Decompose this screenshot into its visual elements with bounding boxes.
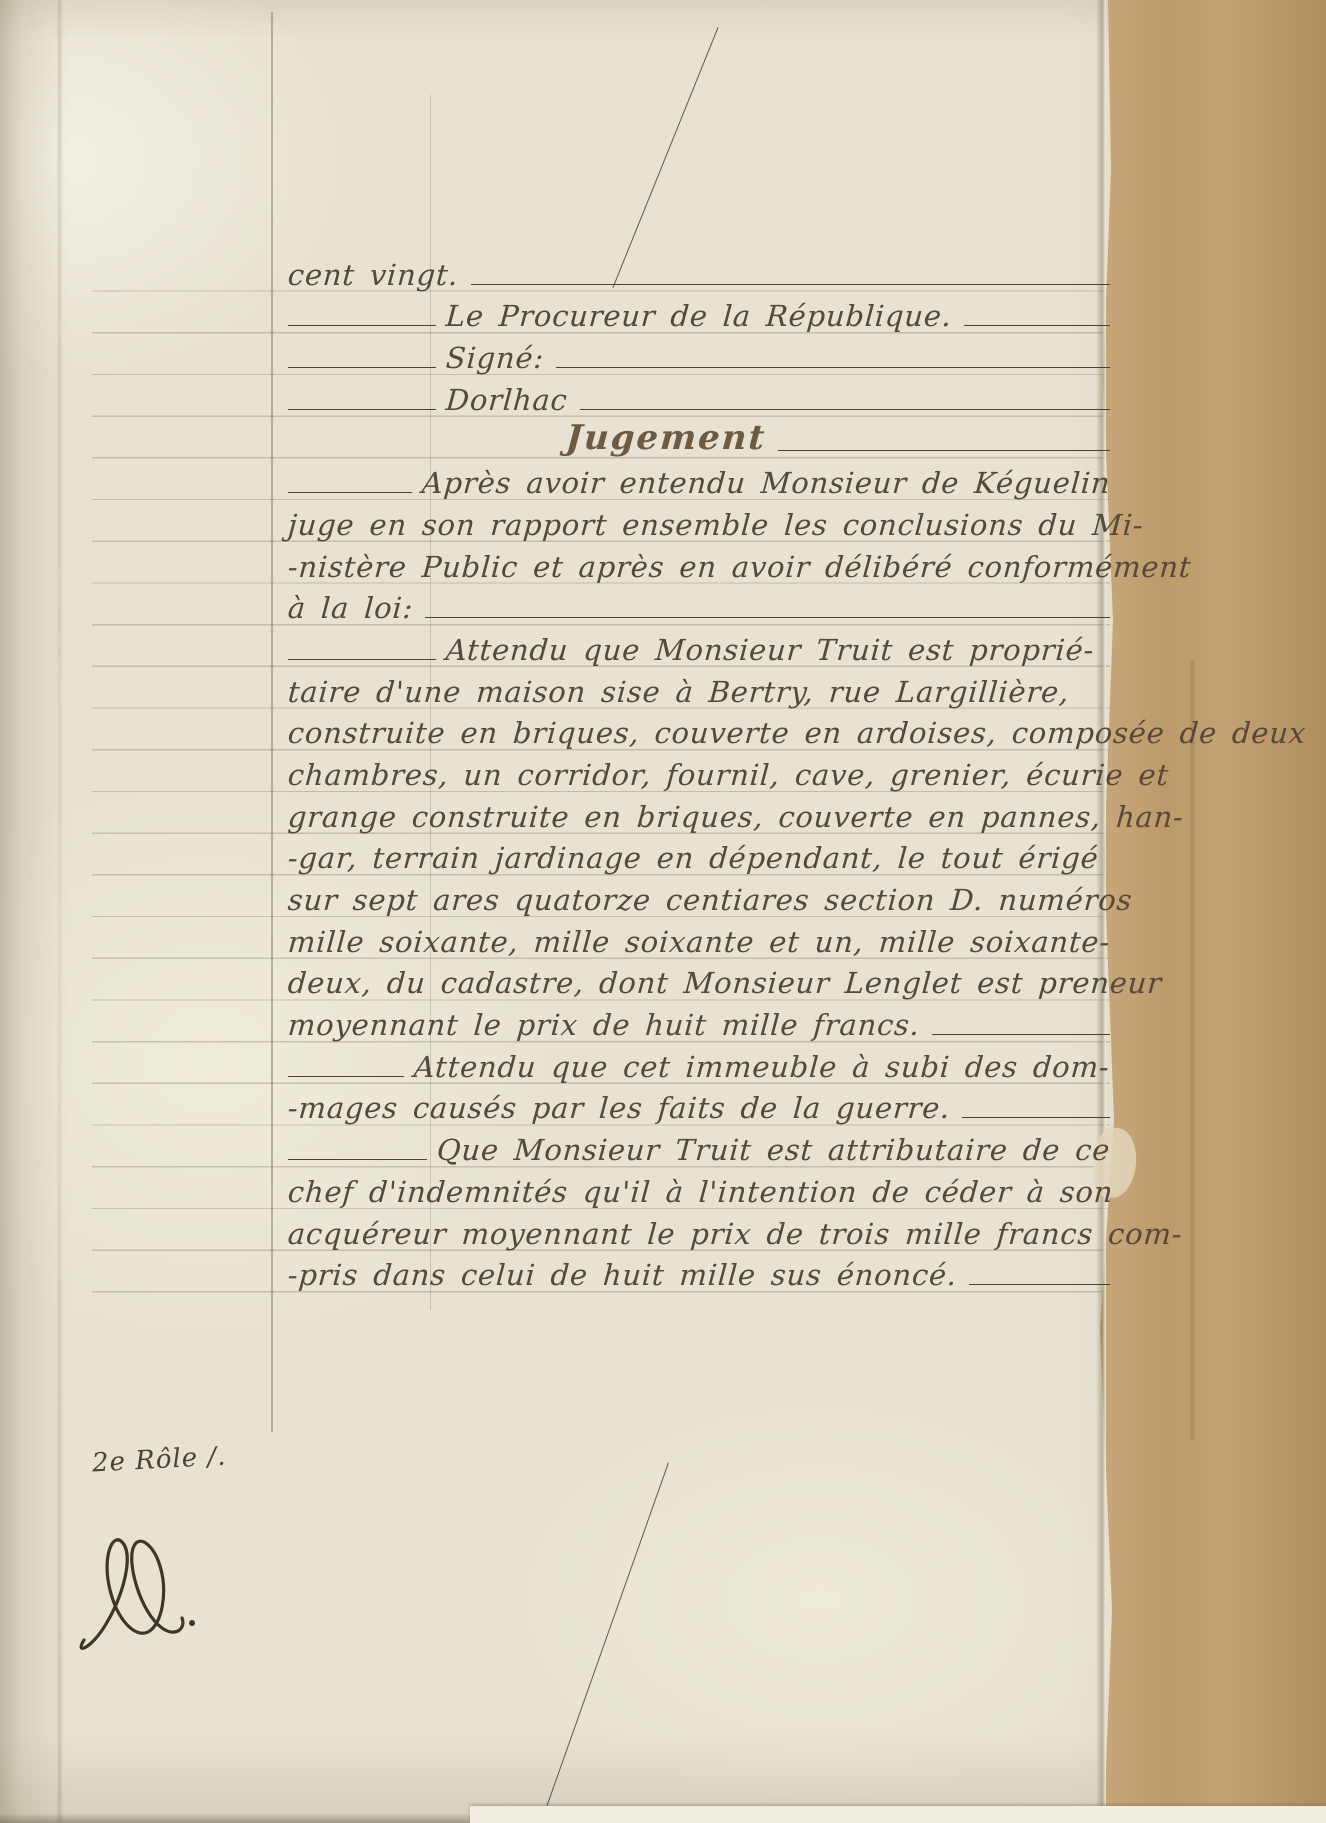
pen-slash-top [612,27,718,288]
handwritten-text: grange construite en briques, couverte e… [287,800,1185,834]
handwritten-text: -mages causés par les faits de la guerre… [287,1091,952,1125]
ink-fill-rule [580,409,1110,410]
handwritten-line: -gar, terrain jardinage en dépendant, le… [288,834,1110,876]
ink-fill-rule [288,659,436,660]
handwritten-line: acquéreur moyennant le prix de trois mil… [288,1209,1110,1251]
handwritten-text: juge en son rapport ensemble les conclus… [287,508,1145,542]
handwritten-text: -gar, terrain jardinage en dépendant, le… [287,841,1100,875]
handwritten-line: -mages causés par les faits de la guerre… [288,1084,1110,1126]
handwritten-text: Attendu que Monsieur Truit est proprié- [445,633,1096,667]
handwritten-line: à la loi: [288,584,1110,626]
ink-fill-rule [969,1284,1110,1285]
handwritten-text: moyennant le prix de huit mille francs. [287,1008,921,1042]
handwritten-text: Le Procureur de la République. [445,299,953,333]
handwritten-line: taire d'une maison sise à Bertry, rue La… [288,667,1110,709]
handwritten-text: cent vingt. [287,258,460,292]
handwritten-line: sur sept ares quatorze centiares section… [288,875,1110,917]
ink-fill-rule [471,284,1110,285]
fold-crease [58,0,61,1823]
handwritten-text: acquéreur moyennant le prix de trois mil… [287,1217,1184,1251]
handwritten-text: chambres, un corridor, fournil, cave, gr… [287,758,1170,792]
handwritten-line: Le Procureur de la République. [288,292,1110,334]
handwritten-line: -nistère Public et après en avoir délibé… [288,542,1110,584]
handwritten-line: Après avoir entendu Monsieur de Kéguelin [288,458,1110,500]
handwritten-line: -pris dans celui de huit mille sus énonc… [288,1251,1110,1293]
ink-fill-rule [425,617,1110,618]
handwritten-text: deux, du cadastre, dont Monsieur Lenglet… [287,966,1163,1000]
handwritten-line: cent vingt. [288,250,1110,292]
handwritten-text: sur sept ares quatorze centiares section… [287,883,1134,917]
handwritten-line: Que Monsieur Truit est attributaire de c… [288,1125,1110,1167]
handwritten-line: Attendu que Monsieur Truit est proprié- [288,625,1110,667]
margin-rule-line [271,12,273,1432]
handwritten-line: chambres, un corridor, fournil, cave, gr… [288,750,1110,792]
ink-fill-rule [288,325,436,326]
handwritten-text: -nistère Public et après en avoir délibé… [287,550,1193,584]
ink-fill-rule [556,367,1110,368]
ink-fill-rule [288,367,436,368]
margin-note: 2e Rôle /. [91,1442,227,1479]
ink-fill-rule [932,1034,1110,1035]
handwritten-line: moyennant le prix de huit mille francs. [288,1000,1110,1042]
ink-fill-rule [962,1117,1110,1118]
handwritten-line: Jugement [288,417,1110,459]
handwritten-line: mille soixante, mille soixante et un, mi… [288,917,1110,959]
document-page: cent vingt.Le Procureur de la République… [0,0,1326,1823]
ink-fill-rule [288,409,436,410]
handwritten-line: Signé: [288,333,1110,375]
ink-fill-rule [288,492,412,493]
document-lines: cent vingt.Le Procureur de la République… [288,250,1110,1292]
pen-slash-bottom [542,1463,669,1819]
ink-fill-rule [778,450,1110,451]
handwritten-text: Après avoir entendu Monsieur de Kéguelin [420,466,1111,500]
handwritten-text: mille soixante, mille soixante et un, mi… [287,925,1111,959]
backing-sheet [1098,0,1326,1823]
handwritten-text: Dorlhac [445,383,569,417]
ink-fill-rule [288,1076,404,1077]
handwritten-text: taire d'une maison sise à Bertry, rue La… [287,675,1071,709]
handwritten-text: -pris dans celui de huit mille sus énonc… [287,1258,958,1292]
handwritten-line: grange construite en briques, couverte e… [288,792,1110,834]
handwritten-line: deux, du cadastre, dont Monsieur Lenglet… [288,959,1110,1001]
handwritten-line: Dorlhac [288,375,1110,417]
handwritten-text: à la loi: [287,591,415,625]
backing-crease [1191,660,1194,1440]
ink-fill-rule [288,1159,427,1160]
ink-fill-rule [964,325,1110,326]
handwritten-text: Jugement [565,418,768,458]
handwritten-line: juge en son rapport ensemble les conclus… [288,500,1110,542]
handwritten-text: Que Monsieur Truit est attributaire de c… [436,1133,1112,1167]
handwritten-text: Signé: [445,341,546,375]
paraph-signature-icon [78,1528,208,1672]
handwritten-text: construite en briques, couverte en ardoi… [287,716,1307,750]
handwritten-line: chef d'indemnités qu'il à l'intention de… [288,1167,1110,1209]
handwritten-text: Attendu que cet immeuble à subi des dom- [413,1050,1111,1084]
handwritten-line: construite en briques, couverte en ardoi… [288,709,1110,751]
scan-edge-bottom [470,1806,1326,1823]
handwritten-text: chef d'indemnités qu'il à l'intention de… [287,1175,1115,1209]
scan-edge-bottom-left [0,1813,470,1823]
handwritten-line: Attendu que cet immeuble à subi des dom- [288,1042,1110,1084]
